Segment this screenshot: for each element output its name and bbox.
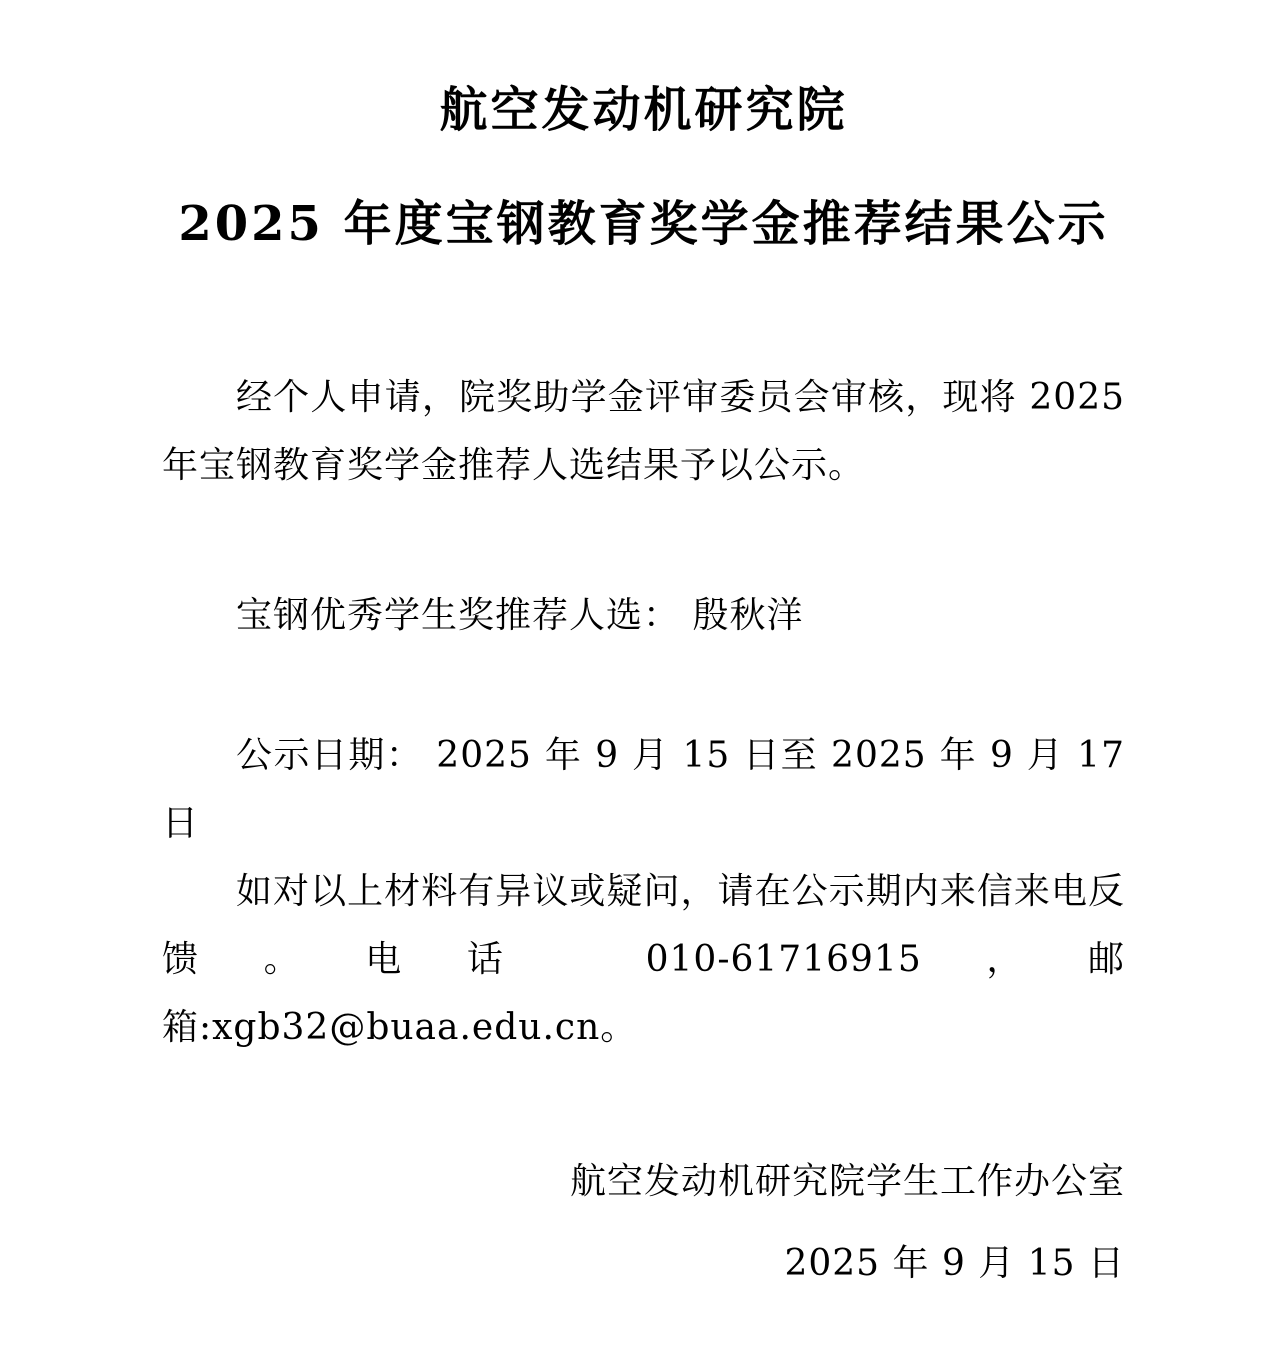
- document-title-organization: 航空发动机研究院: [162, 80, 1125, 140]
- paragraph-nominee: 宝钢优秀学生奖推荐人选： 殷秋洋: [162, 582, 1125, 650]
- document-title-subject: 2025 年度宝钢教育奖学金推荐结果公示: [162, 194, 1125, 254]
- paragraph-intro: 经个人申请，院奖助学金评审委员会审核，现将 2025 年宝钢教育奖学金推荐人选结…: [162, 364, 1125, 500]
- date-line: 2025 年 9 月 15 日: [162, 1230, 1125, 1298]
- document-page: 航空发动机研究院 2025 年度宝钢教育奖学金推荐结果公示 经个人申请，院奖助学…: [0, 0, 1282, 1350]
- paragraph-feedback-contact: 如对以上材料有异议或疑问，请在公示期内来信来电反馈。电话 010-6171691…: [162, 858, 1125, 1062]
- signature-line: 航空发动机研究院学生工作办公室: [162, 1148, 1125, 1216]
- paragraph-publicity-period: 公示日期： 2025 年 9 月 15 日至 2025 年 9 月 17 日: [162, 722, 1125, 858]
